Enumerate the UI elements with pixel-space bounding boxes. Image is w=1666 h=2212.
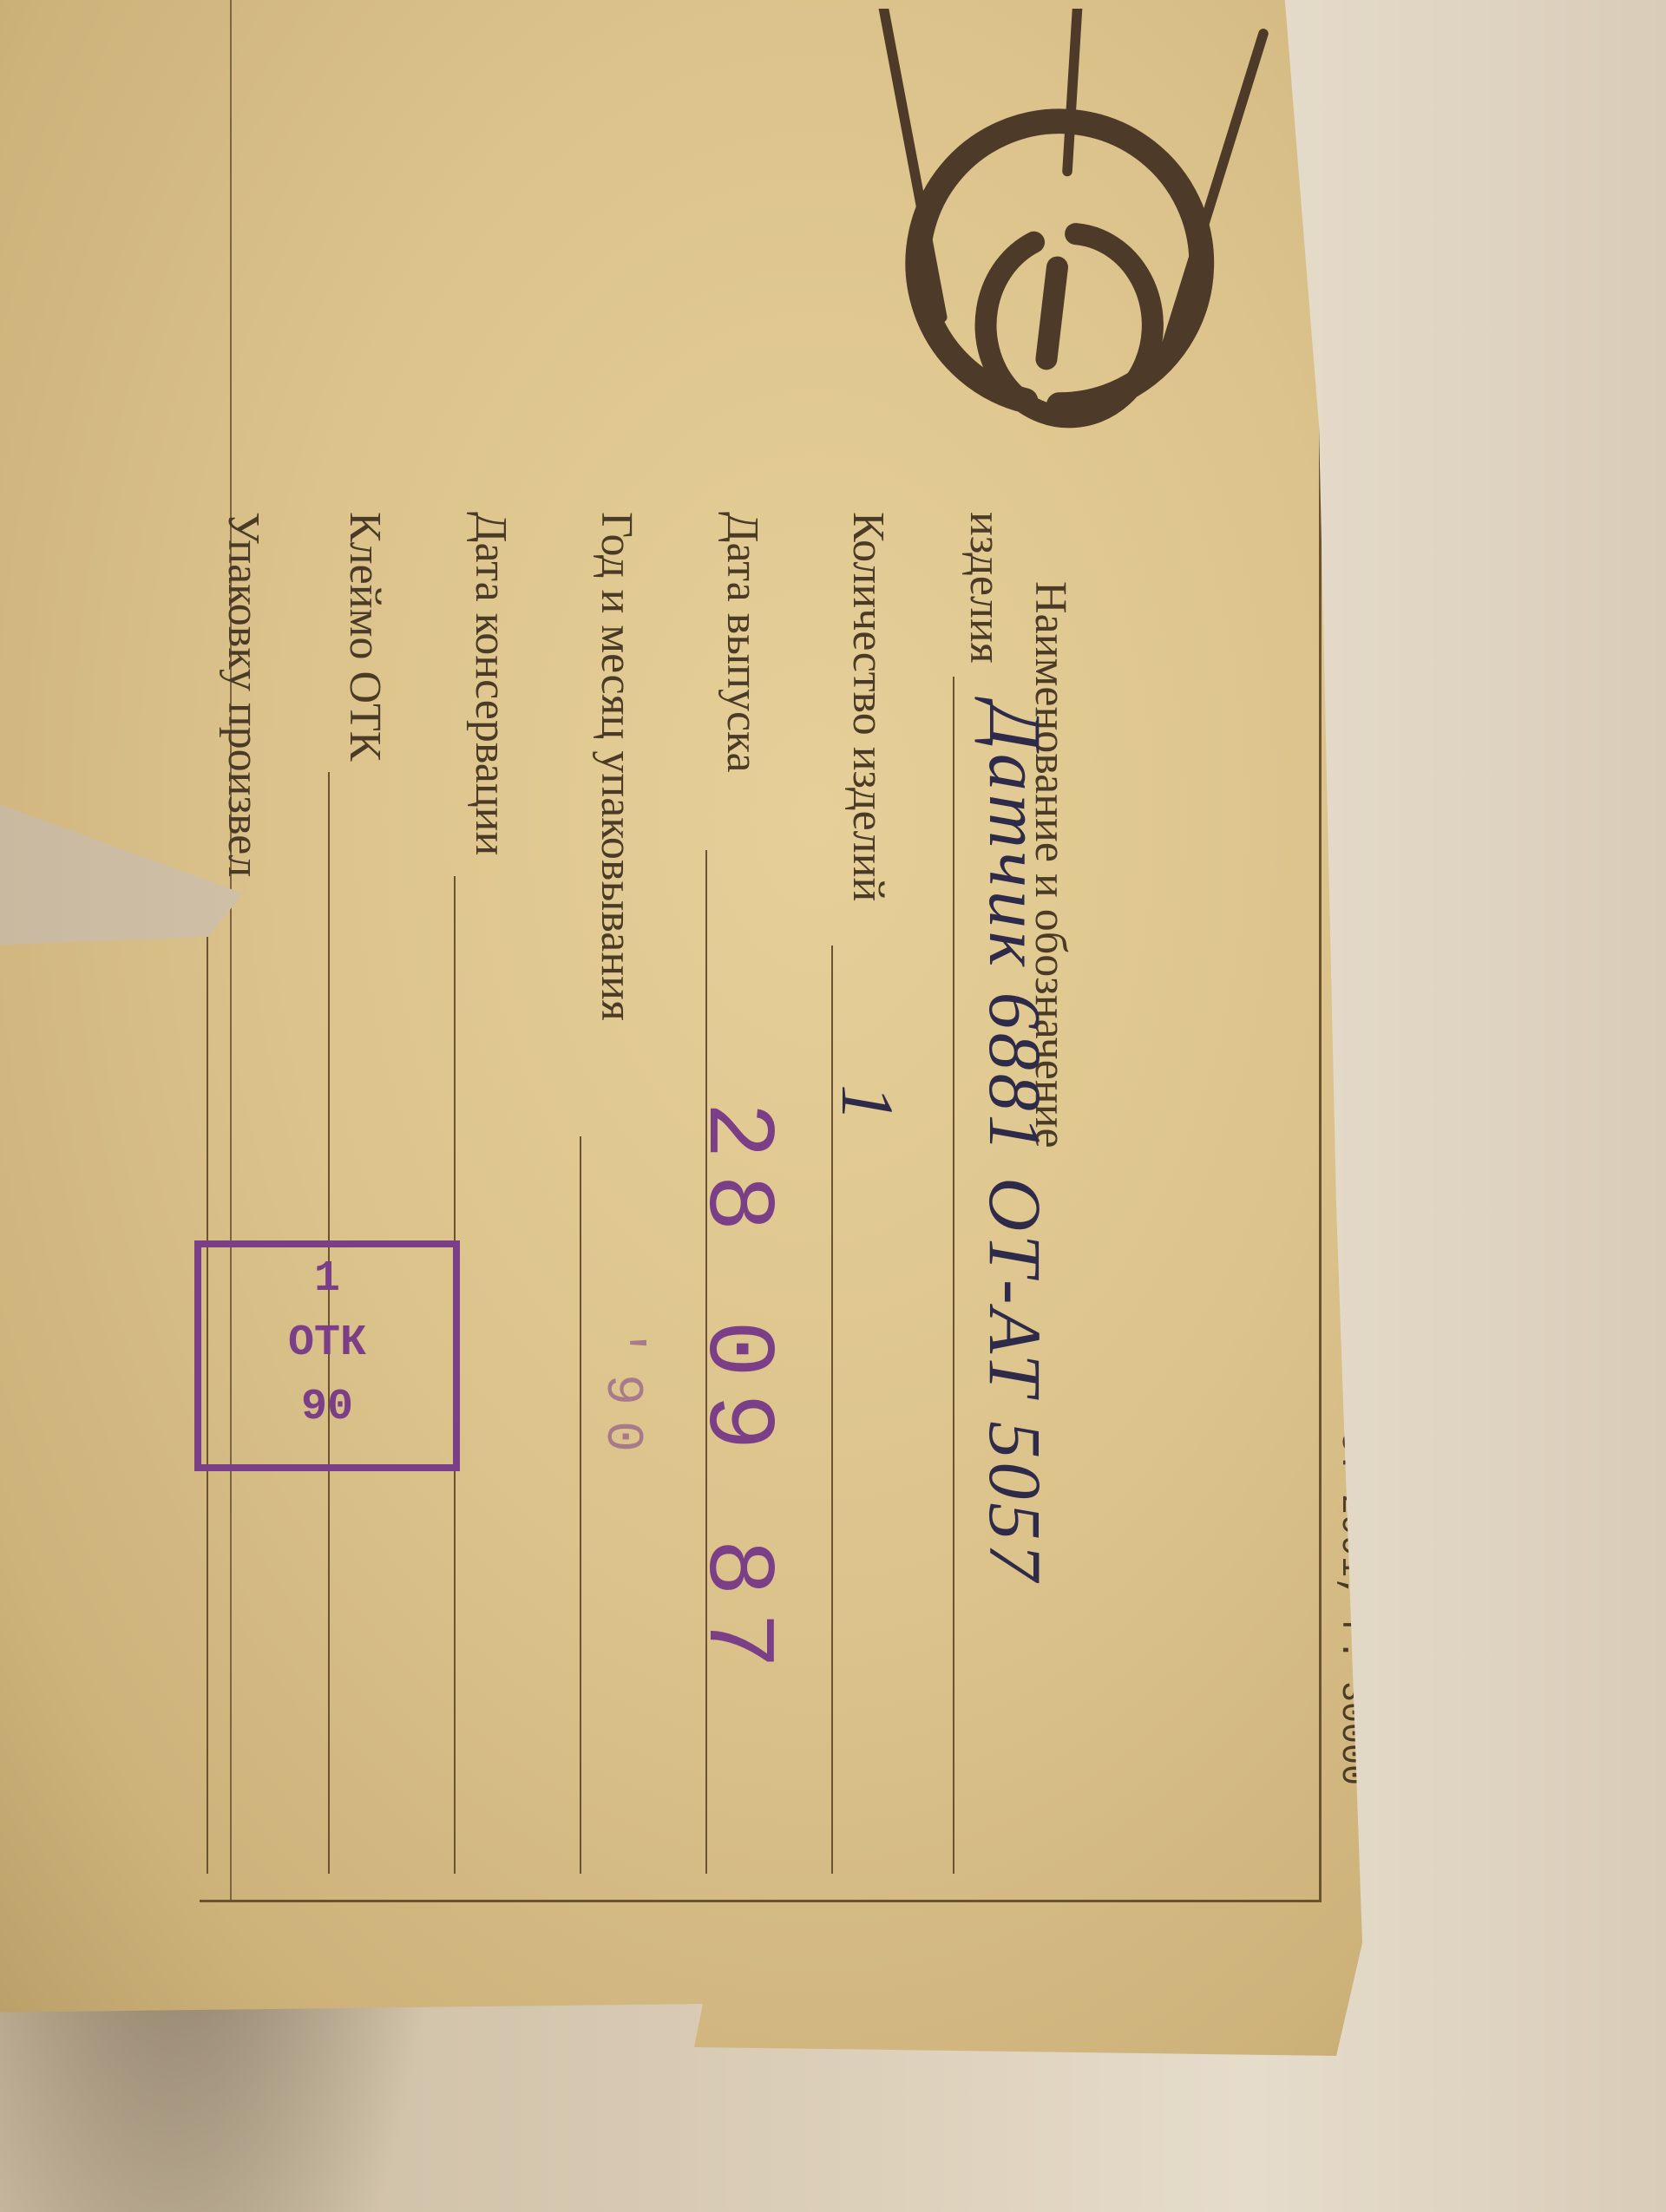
field-release-date-value: 28 09 87 [681,1102,790,1685]
otk-stamp-number: 1 [201,1247,453,1312]
field-pack-month-value: '90 [592,1327,651,1468]
field-name-value: Датчик 6881 ОТ-АТ 5057 [972,703,1059,1584]
otk-stamp-text: ОТК [201,1312,453,1376]
manufacturer-emblem-icon [850,9,1284,442]
otk-stamp-year: 90 [201,1376,453,1440]
field-release-date-line [705,850,707,1874]
field-quantity-label: Количество изделий [843,512,894,1900]
rotated-form-content: Наименование и обозначение изделия Датчи… [191,512,1319,1986]
otk-stamp: 1 ОТК 90 [194,1240,460,1471]
field-conservation-date-label: Дата консервации [465,512,516,1900]
packing-label-paper: Наименование и обозначение изделия Датчи… [0,0,1371,2056]
field-quantity-value: 1 [824,1084,911,1125]
field-quantity-line [831,946,833,1874]
printer-mark: 3. 2991, г. 30000 [1332,1431,1371,1785]
field-packer-label: Упаковку произвел [218,512,269,1900]
field-pack-month-line [580,1136,581,1874]
field-pack-month-label: Год и месяц упаковывания [591,512,642,1900]
field-otk-mark-label: Клеймо ОТК [339,512,390,1900]
field-name-line [953,677,954,1874]
